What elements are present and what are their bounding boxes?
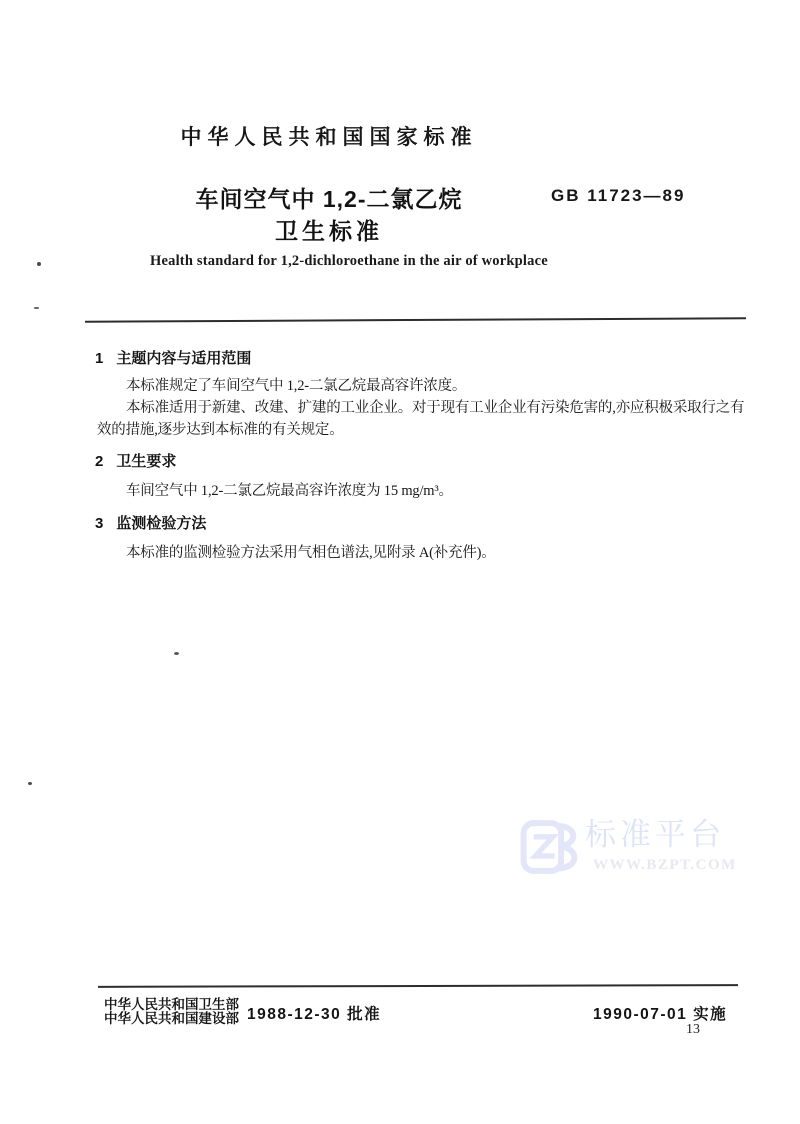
scan-speck (174, 652, 179, 655)
section-2-title: 卫生要求 (116, 453, 176, 470)
standard-number: GB 11723—89 (551, 186, 685, 206)
implementation-date: 1990-07-01 实施 (593, 1002, 727, 1024)
approval-date: 1988-12-30 批准 (247, 1002, 381, 1024)
watermark-text-block: 标准平台 WWW.BZPT.COM (585, 818, 737, 874)
section-3-number: 3 (95, 515, 103, 532)
footer-divider-rule (98, 984, 738, 988)
section-2-heading: 2卫生要求 (95, 450, 176, 471)
section-1-paragraph-2-line-1: 本标准适用于新建、改建、扩建的工业企业。对于现有工业企业有污染危害的,亦应积极采… (97, 396, 776, 417)
english-title: Health standard for 1,2-dichloroethane i… (150, 253, 548, 270)
doc-type-title: 中华人民共和国国家标准 (0, 121, 658, 151)
section-1-title: 主题内容与适用范围 (116, 350, 251, 367)
issuer-ministry-of-construction: 中华人民共和国建设部 (104, 1012, 239, 1026)
section-1-paragraph-2-line-2: 效的措施,逐步达到本标准的有关规定。 (97, 418, 747, 439)
scan-speck (34, 307, 39, 309)
scan-speck (37, 262, 41, 266)
bzpt-logo-icon (520, 818, 582, 876)
standard-title-line2: 卫生标准 (0, 213, 658, 246)
section-1-heading: 1主题内容与适用范围 (95, 347, 251, 368)
watermark: 标准平台 WWW.BZPT.COM (520, 818, 737, 876)
section-1-number: 1 (95, 350, 103, 367)
page-number: 13 (686, 1022, 700, 1038)
section-2-number: 2 (95, 453, 103, 470)
section-2-paragraph-1: 车间空气中 1,2-二氯乙烷最高容许浓度为 15 mg/m³。 (97, 479, 776, 500)
section-1-paragraph-1: 本标准规定了车间空气中 1,2-二氯乙烷最高容许浓度。 (97, 374, 776, 395)
watermark-url-text: WWW.BZPT.COM (593, 857, 737, 874)
header-divider-rule (85, 317, 746, 322)
watermark-brand-text: 标准平台 (585, 818, 737, 852)
scan-speck (28, 782, 32, 785)
issuer-ministry-of-health: 中华人民共和国卫生部 (104, 998, 239, 1012)
section-3-paragraph-1: 本标准的监测检验方法采用气相色谱法,见附录 A(补充件)。 (97, 541, 776, 562)
section-3-heading: 3监测检验方法 (95, 512, 206, 533)
section-3-title: 监测检验方法 (116, 515, 206, 532)
standard-document-page: 中华人民共和国国家标准 车间空气中 1,2-二氯乙烷 卫生标准 GB 11723… (0, 0, 800, 1124)
